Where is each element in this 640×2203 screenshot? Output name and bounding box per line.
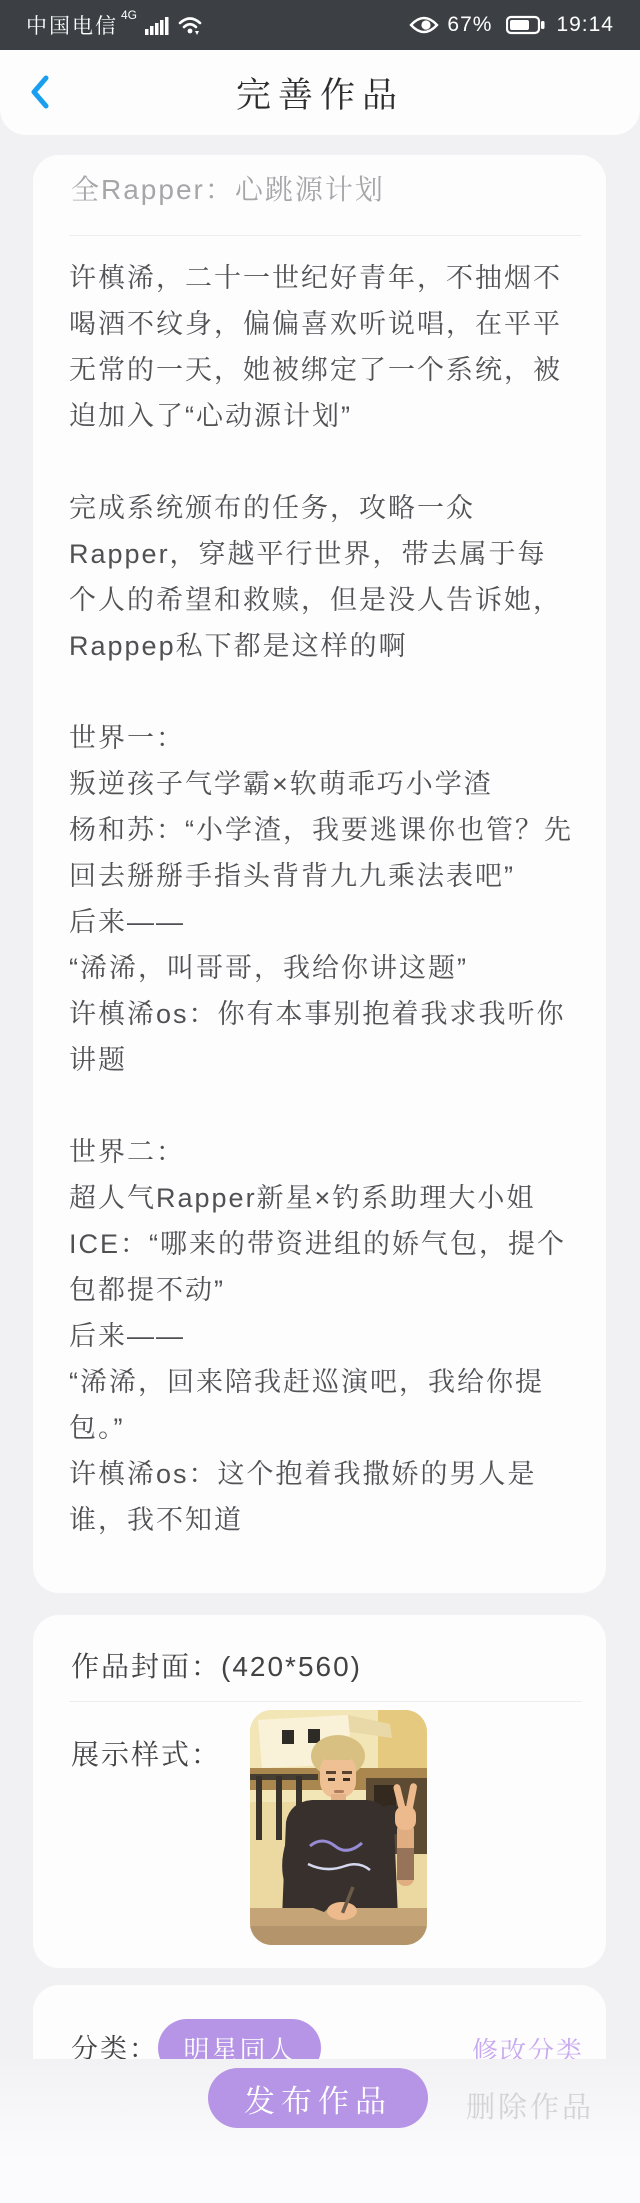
- cover-card: 作品封面：(420*560) 展示样式：: [33, 1615, 606, 1968]
- battery-icon: [506, 15, 546, 35]
- status-bar: 中国电信 4G: [0, 0, 640, 50]
- delete-button[interactable]: 删除作品: [460, 2084, 600, 2127]
- publish-button[interactable]: 发布作品: [208, 2068, 428, 2128]
- wifi-icon: [177, 14, 205, 36]
- battery-percent: 67%: [447, 13, 492, 37]
- cover-size-label: 作品封面：(420*560): [71, 1645, 362, 1685]
- carrier-label: 中国电信: [26, 10, 118, 40]
- cover-divider: [69, 1701, 582, 1702]
- display-style-label: 展示样式：: [71, 1733, 221, 1773]
- header: 完善作品: [0, 50, 640, 135]
- eye-protection-icon: [409, 15, 439, 35]
- page-title: 完善作品: [0, 50, 640, 135]
- clock: 19:14: [556, 13, 614, 37]
- work-title-input[interactable]: 全Rapper：心跳源计划: [71, 167, 578, 213]
- signal-bars-icon: [145, 15, 171, 35]
- network-type-badge: 4G: [121, 8, 137, 22]
- work-cover-photo[interactable]: [250, 1710, 427, 1945]
- work-description-input[interactable]: 许槙浠，二十一世纪好青年，不抽烟不喝酒不纹身，偏偏喜欢听说唱，在平平无常的一天，…: [69, 255, 574, 1571]
- status-bar-right: 67% 19:14: [403, 13, 614, 37]
- screen: 中国电信 4G: [0, 0, 640, 2203]
- title-body-divider: [69, 235, 582, 236]
- bottom-action-bar: 发布作品 删除作品: [0, 2059, 640, 2203]
- work-editor-card: 全Rapper：心跳源计划 许槙浠，二十一世纪好青年，不抽烟不喝酒不纹身，偏偏喜…: [33, 155, 606, 1593]
- back-button[interactable]: [20, 74, 60, 114]
- chevron-left-icon: [29, 74, 51, 115]
